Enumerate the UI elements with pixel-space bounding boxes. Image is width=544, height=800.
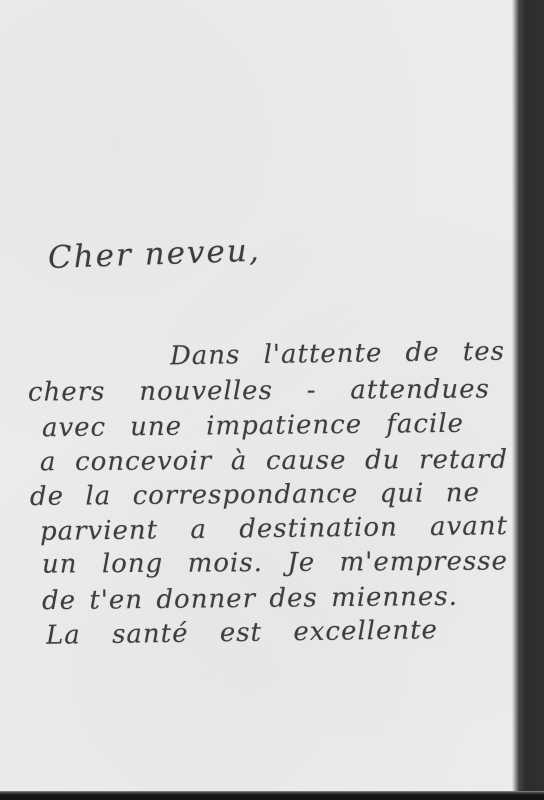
letter-line: chers nouvelles - attendues (28, 374, 490, 413)
letter-line: avec une impatience facile (42, 409, 464, 449)
letter-line: un long mois. Je m'empresse (42, 546, 508, 585)
letter-line: Dans l'attente de tes (170, 337, 505, 378)
scanned-letter-page: Cher neveu, Dans l'attente de tes chers … (0, 0, 544, 800)
letter-salutation: Cher neveu, (47, 233, 261, 276)
letter-line: La santé est excellente (46, 615, 438, 656)
scan-edge-bottom (0, 791, 544, 800)
scan-edge-right (512, 0, 544, 800)
